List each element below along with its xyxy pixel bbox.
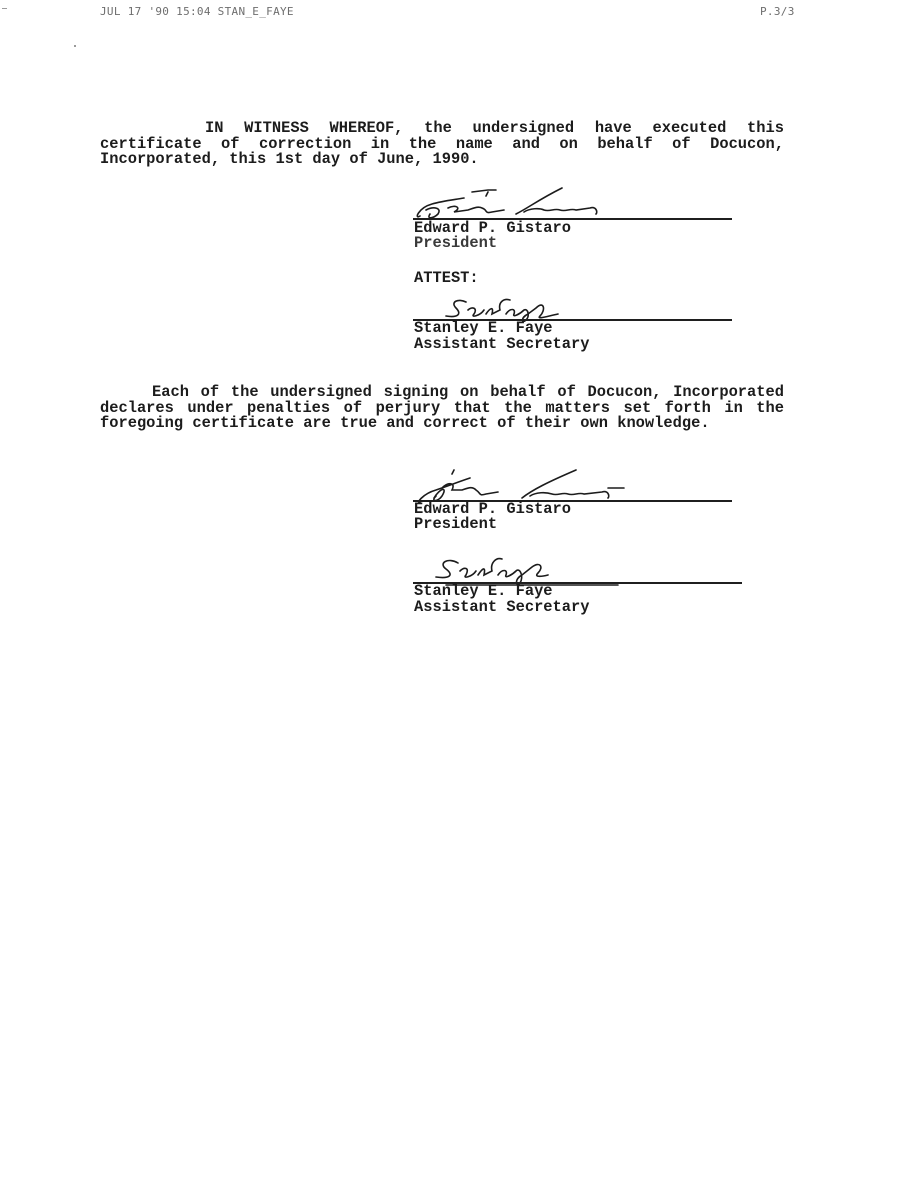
witness-body: the undersigned have executed this certi…	[100, 119, 784, 168]
scan-speck	[74, 45, 76, 47]
fax-transmission-info: JUL 17 '90 15:04 STAN_E_FAYE	[100, 5, 294, 18]
signer-1-title: President	[414, 517, 497, 532]
witness-paragraph: IN WITNESS WHEREOF, the undersigned have…	[100, 121, 784, 168]
signer-2-title: Assistant Secretary	[414, 600, 589, 615]
attester-title: Assistant Secretary	[414, 337, 589, 352]
attester-name: Stanley E. Faye	[414, 321, 553, 336]
fax-document-page: { "fax_header": { "transmission_info": "…	[0, 0, 918, 1188]
fax-header: JUL 17 '90 15:04 STAN_E_FAYE P.3/3	[0, 5, 918, 21]
fax-page-number: P.3/3	[760, 5, 795, 18]
scan-speck	[2, 8, 7, 9]
signer-2-name: Stanley E. Faye	[414, 584, 553, 599]
perjury-paragraph: Each of the undersigned signing on behal…	[100, 385, 784, 432]
perjury-body: Each of the undersigned signing on behal…	[100, 383, 784, 432]
attest-label: ATTEST:	[414, 271, 479, 286]
signer-title: President	[414, 236, 497, 251]
